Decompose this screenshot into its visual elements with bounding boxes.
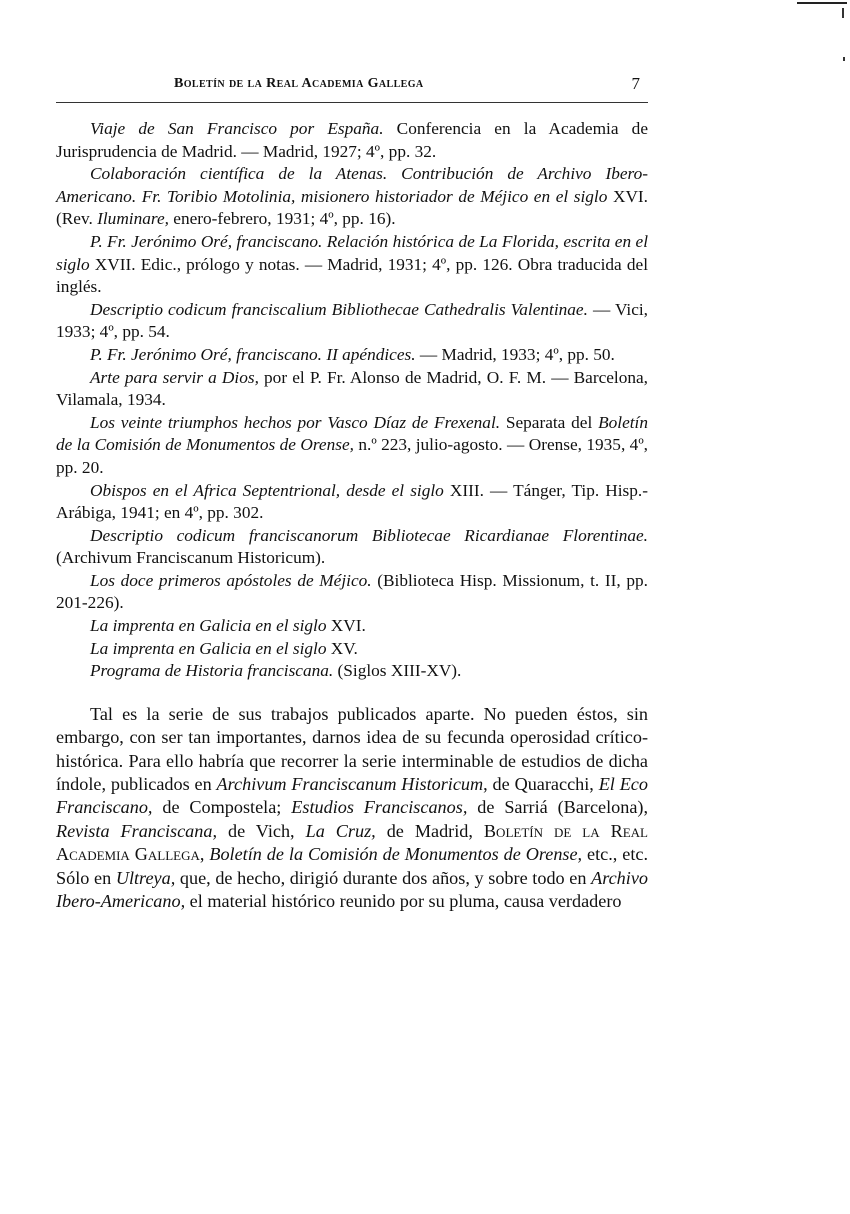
work-details: XVII. Edic., prólogo y notas. — Madrid, … bbox=[56, 255, 648, 297]
work-details: — Madrid, 1933; 4º, pp. 50. bbox=[416, 345, 615, 364]
work-title: Colaboración científica de la Atenas. Co… bbox=[56, 164, 648, 206]
work-title: Obispos en el Africa Septentrional, desd… bbox=[90, 481, 444, 500]
running-head: Boletín de la Real Academia Gallega bbox=[174, 76, 424, 92]
bibliography-entry: Los doce primeros apóstoles de Méjico. (… bbox=[56, 570, 648, 615]
body-paragraph: Tal es la serie de sus trabajos publicad… bbox=[56, 703, 648, 914]
work-title: P. Fr. Jerónimo Oré, franciscano. II apé… bbox=[90, 345, 416, 364]
text-run: que, de hecho, dirigió durante dos años,… bbox=[175, 868, 591, 888]
document-page: Boletín de la Real Academia Gallega 7 Vi… bbox=[0, 0, 850, 1214]
text-run: de Madrid, bbox=[376, 821, 484, 841]
journal-title: Boletín de la Comisión de Monumentos de … bbox=[209, 844, 582, 864]
journal-title: Archivum Franciscanum Historicum bbox=[217, 774, 484, 794]
work-title: La imprenta en Galicia en el siglo bbox=[90, 639, 326, 658]
work-title: Arte para servir a Dios, bbox=[90, 368, 259, 387]
bibliography-entry: Descriptio codicum franciscanorum Biblio… bbox=[56, 525, 648, 570]
scan-edge-mark bbox=[842, 8, 844, 18]
work-title: Descriptio codicum franciscalium Bibliot… bbox=[90, 300, 588, 319]
work-details: XVI. bbox=[326, 616, 365, 635]
work-title: Viaje de San Francisco por España. bbox=[90, 119, 384, 138]
work-title: La imprenta en Galicia en el siglo bbox=[90, 616, 326, 635]
journal-title: La Cruz, bbox=[306, 821, 376, 841]
text-run: de Vich, bbox=[217, 821, 306, 841]
bibliography-entry: Colaboración científica de la Atenas. Co… bbox=[56, 163, 648, 231]
work-title: Programa de Historia franciscana. bbox=[90, 661, 333, 680]
header-rule bbox=[56, 102, 648, 103]
text-run: el material histórico reunido por su plu… bbox=[185, 891, 621, 911]
journal-title: Iluminare, bbox=[97, 209, 169, 228]
page-body: Viaje de San Francisco por España. Confe… bbox=[56, 118, 648, 914]
bibliography-entry: P. Fr. Jerónimo Oré, franciscano. II apé… bbox=[56, 344, 648, 367]
bibliography-entry: Obispos en el Africa Septentrional, desd… bbox=[56, 480, 648, 525]
page-header: Boletín de la Real Academia Gallega 7 bbox=[56, 76, 648, 98]
bibliography-entry: La imprenta en Galicia en el siglo XV. bbox=[56, 638, 648, 661]
page-number: 7 bbox=[632, 74, 641, 94]
journal-title: Ultreya, bbox=[116, 868, 175, 888]
journal-title: Estudios Franciscanos, bbox=[291, 797, 467, 817]
bibliography-entry: P. Fr. Jerónimo Oré, franciscano. Relaci… bbox=[56, 231, 648, 299]
work-title: Los veinte triumphos hechos por Vasco Dí… bbox=[90, 413, 500, 432]
work-title: Descriptio codicum franciscanorum Biblio… bbox=[90, 526, 648, 545]
text-run: , de Quaracchi, bbox=[483, 774, 599, 794]
work-details: Separata del bbox=[500, 413, 598, 432]
bibliography-entry: Los veinte triumphos hechos por Vasco Dí… bbox=[56, 412, 648, 480]
scan-edge-mark bbox=[843, 57, 845, 61]
text-run: , bbox=[200, 844, 209, 864]
work-details: XV. bbox=[326, 639, 357, 658]
bibliography-entry: Arte para servir a Dios, por el P. Fr. A… bbox=[56, 367, 648, 412]
text-run: de Sarriá (Barcelona), bbox=[467, 797, 648, 817]
bibliography-entry: Descriptio codicum franciscalium Bibliot… bbox=[56, 299, 648, 344]
bibliography-entry: La imprenta en Galicia en el siglo XVI. bbox=[56, 615, 648, 638]
journal-title: Revista Franciscana, bbox=[56, 821, 217, 841]
text-run: de Compostela; bbox=[152, 797, 291, 817]
work-details: (Archivum Franciscanum Historicum). bbox=[56, 548, 325, 567]
bibliography-entry: Viaje de San Francisco por España. Confe… bbox=[56, 118, 648, 163]
bibliography-entry: Programa de Historia franciscana. (Siglo… bbox=[56, 660, 648, 683]
work-details: (Siglos XIII-XV). bbox=[333, 661, 461, 680]
work-details: enero-febrero, 1931; 4º, pp. 16). bbox=[169, 209, 396, 228]
work-title: Los doce primeros apóstoles de Méjico. bbox=[90, 571, 372, 590]
scan-edge-mark bbox=[797, 2, 847, 4]
